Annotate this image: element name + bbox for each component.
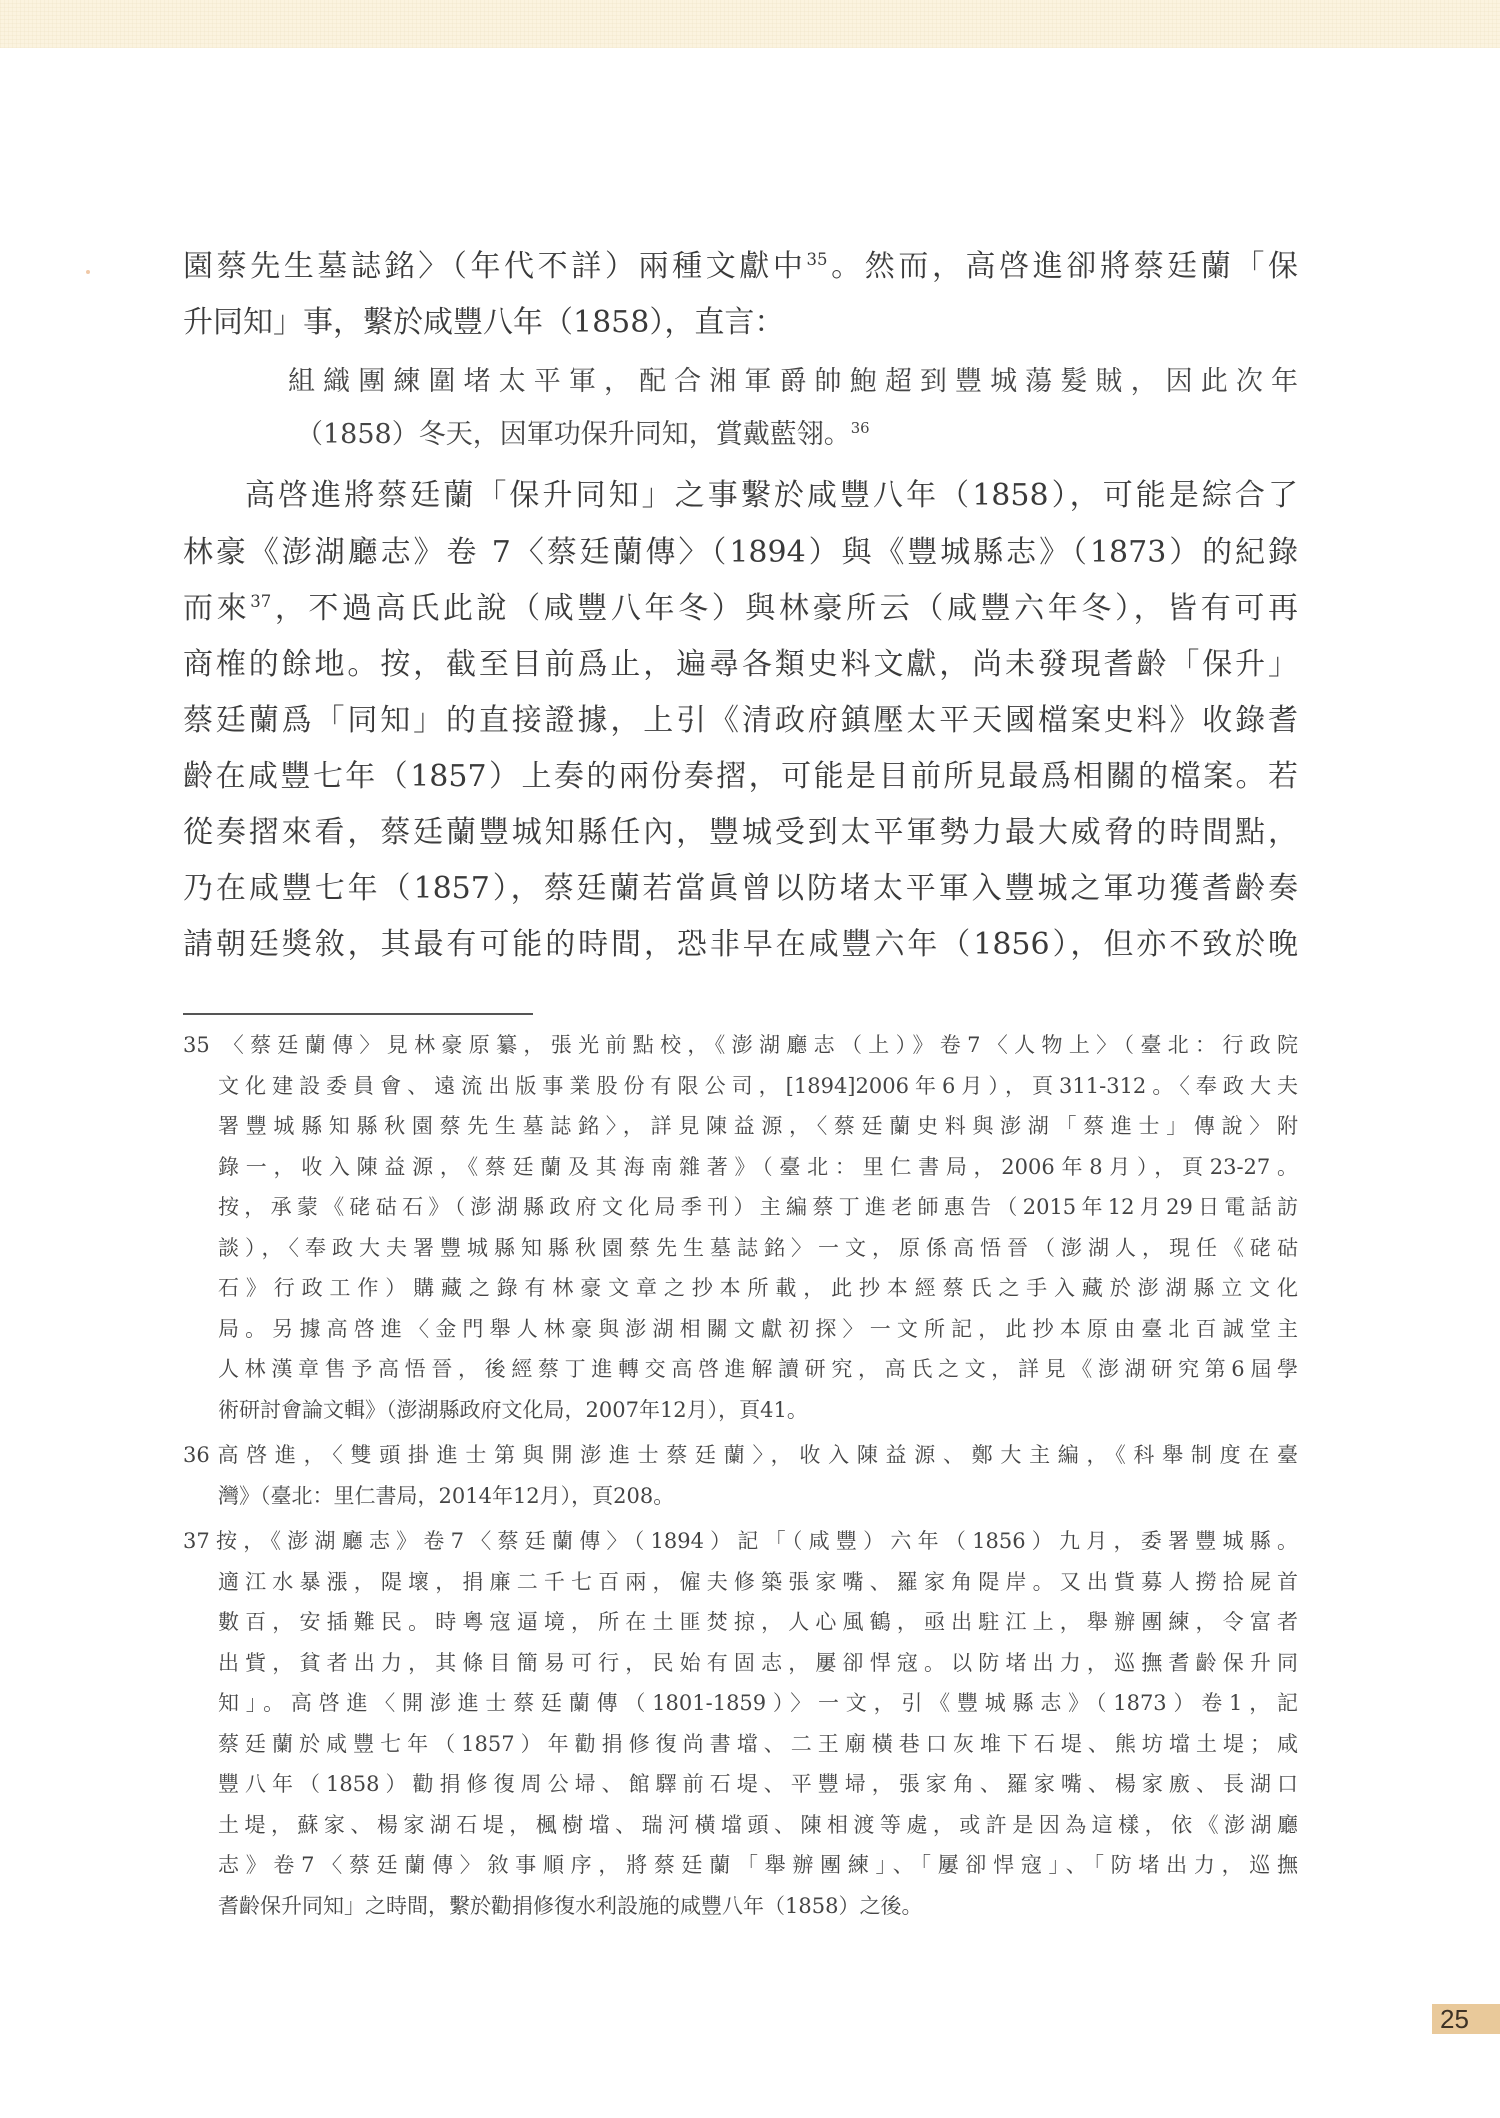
body-text: 乃在咸豐七年（1857），蔡廷蘭若當眞曾以防堵太平軍入豐城之軍功獲耆齡奏 — [183, 871, 1298, 906]
footnote-ref[interactable]: 35 — [807, 250, 828, 269]
body-text: 園蔡先生墓誌銘〉（年代不詳）兩種文獻中 — [183, 249, 807, 284]
quote-line: 組織團練圍堵太平軍，配合湘軍爵帥鮑超到豐城蕩髮賊，因此次年 — [288, 362, 1298, 402]
body-line: 商榷的餘地。按，截至目前爲止，遍尋各類史料文獻，尚未發現耆齡「保升」 — [183, 645, 1298, 685]
footnote-line: 適江水暴漲，隄壞，捐廉二千七百兩，僱夫修築張家嘴、羅家角隄岸。又出貲募人撈拾屍首 — [218, 1567, 1298, 1597]
footnote-line: 出貲，貧者出力，其條目簡易可行，民始有固志，屢卻悍寇。以防堵出力，巡撫耆齡保升同 — [218, 1648, 1298, 1678]
footnote-ref[interactable]: 37 — [250, 592, 271, 611]
margin-mark — [86, 270, 90, 274]
footnote-ref[interactable]: 36 — [851, 419, 870, 437]
quote-text: 組織團練圍堵太平軍，配合湘軍爵帥鮑超到豐城蕩髮賊，因此次年 — [288, 366, 1298, 397]
footnote-line: 署豐城縣知縣秋園蔡先生墓誌銘〉，詳見陳益源，〈蔡廷蘭史料與澎湖「蔡進士」傳說〉附 — [218, 1111, 1298, 1141]
footnote-text: 按，《澎湖廳志》卷7〈蔡廷蘭傳〉（1894）記「（咸豐）六年（1856）九月，委… — [210, 1529, 1298, 1553]
body-line: 乃在咸豐七年（1857），蔡廷蘭若當眞曾以防堵太平軍入豐城之軍功獲耆齡奏 — [183, 869, 1298, 909]
quote-line: （1858）冬天，因軍功保升同知，賞戴藍翎。36 — [296, 415, 1296, 455]
footnote-separator — [183, 1013, 533, 1015]
body-text: 。然而，高啓進卻將蔡廷蘭「保 — [828, 249, 1299, 284]
body-line: 園蔡先生墓誌銘〉（年代不詳）兩種文獻中35。然而，高啓進卻將蔡廷蘭「保 — [183, 247, 1298, 287]
body-line: 林豪《澎湖廳志》卷 7〈蔡廷蘭傳〉（1894）與《豐城縣志》（1873）的紀錄 — [183, 533, 1298, 573]
body-text: 齡在咸豐七年（1857）上奏的兩份奏摺，可能是目前所見最爲相關的檔案。若 — [183, 759, 1298, 794]
footnote-line: 術研討會論文輯》（澎湖縣政府文化局，2007年12月），頁41。 — [218, 1395, 1298, 1425]
body-line: 蔡廷蘭爲「同知」的直接證據，上引《清政府鎮壓太平天國檔案史料》收錄耆 — [183, 701, 1298, 741]
footnote-line: 灣》（臺北：里仁書局，2014年12月），頁208。 — [218, 1481, 1298, 1511]
body-text: 商榷的餘地。按，截至目前爲止，遍尋各類史料文獻，尚未發現耆齡「保升」 — [183, 647, 1298, 682]
body-line: 高啓進將蔡廷蘭「保升同知」之事繫於咸豐八年（1858），可能是綜合了 — [245, 476, 1298, 516]
footnote-line: 石》行政工作）購藏之錄有林豪文章之抄本所載，此抄本經蔡氏之手入藏於澎湖縣立文化 — [218, 1273, 1298, 1303]
quote-text: （1858）冬天，因軍功保升同知，賞戴藍翎。 — [296, 419, 851, 450]
footnote-number: 35 — [183, 1033, 210, 1057]
body-line: 而來37，不過高氏此說（咸豐八年冬）與林豪所云（咸豐六年冬），皆有可再 — [183, 589, 1298, 629]
footnote-line: 談），〈奉政大夫署豐城縣知縣秋園蔡先生墓誌銘〉一文，原係高悟晉（澎湖人，現任《硓… — [218, 1233, 1298, 1263]
footnote-number: 36 — [183, 1443, 210, 1467]
page-number: 25 — [1432, 2004, 1500, 2034]
footnote-line: 按，承蒙《硓𥑮石》（澎湖縣政府文化局季刊）主編蔡丁進老師惠告（2015年12月2… — [218, 1192, 1298, 1222]
footnote-line: 錄一，收入陳益源，《蔡廷蘭及其海南雜著》（臺北：里仁書局，2006年8月），頁2… — [218, 1152, 1298, 1182]
footnote-line: 人林漢章售予高悟晉，後經蔡丁進轉交高啓進解讀研究，高氏之文，詳見《澎湖研究第6屆… — [218, 1354, 1298, 1384]
footnote-line: 豐八年（1858）勸捐修復周公埽、館驛前石堤、平豐埽，張家角、羅家嘴、楊家廒、長… — [218, 1769, 1298, 1799]
body-text: 蔡廷蘭爲「同知」的直接證據，上引《清政府鎮壓太平天國檔案史料》收錄耆 — [183, 703, 1298, 738]
footnote-line: 文化建設委員會、遠流出版事業股份有限公司，[1894]2006年6月），頁311… — [218, 1071, 1298, 1101]
body-text: 升同知」事，繫於咸豐八年（1858），直言： — [183, 305, 784, 340]
footnote-line: 局。另據高啓進〈金門舉人林豪與澎湖相關文獻初探〉一文所記，此抄本原由臺北百誠堂主 — [218, 1314, 1298, 1344]
body-text: 而來 — [183, 591, 250, 626]
footnote-line: 志》卷7〈蔡廷蘭傳〉敘事順序，將蔡廷蘭「舉辦團練」、「屢卻悍寇」、「防堵出力，巡… — [218, 1850, 1298, 1880]
header-band — [0, 0, 1500, 48]
body-text: 林豪《澎湖廳志》卷 7〈蔡廷蘭傳〉（1894）與《豐城縣志》（1873）的紀錄 — [183, 535, 1298, 570]
body-text: 請朝廷獎敘，其最有可能的時間，恐非早在咸豐六年（1856），但亦不致於晚 — [183, 927, 1298, 962]
body-line: 升同知」事，繫於咸豐八年（1858），直言： — [183, 303, 1298, 343]
body-text: 從奏摺來看，蔡廷蘭豐城知縣任內，豐城受到太平軍勢力最大威脅的時間點， — [183, 815, 1298, 850]
footnote-text: 〈蔡廷蘭傳〉見林豪原纂，張光前點校，《澎湖廳志（上）》卷7〈人物上〉（臺北：行政… — [223, 1033, 1298, 1057]
body-text: 高啓進將蔡廷蘭「保升同知」之事繫於咸豐八年（1858），可能是綜合了 — [245, 478, 1298, 513]
body-line: 請朝廷獎敘，其最有可能的時間，恐非早在咸豐六年（1856），但亦不致於晚 — [183, 925, 1298, 965]
footnote-line: 數百，安插難民。時粵寇逼境，所在土匪焚掠，人心風鶴，亟出駐江上，舉辦團練，令富者 — [218, 1607, 1298, 1637]
body-text: ，不過高氏此說（咸豐八年冬）與林豪所云（咸豐六年冬），皆有可再 — [271, 591, 1298, 626]
footnote-37: 37按，《澎湖廳志》卷7〈蔡廷蘭傳〉（1894）記「（咸豐）六年（1856）九月… — [183, 1526, 1298, 1556]
footnote-36: 36高啓進，〈雙頭掛進士第與開澎進士蔡廷蘭〉，收入陳益源、鄭大主編，《科舉制度在… — [183, 1440, 1298, 1470]
footnote-line: 耆齡保升同知」之時間，繫於勸捐修復水利設施的咸豐八年（1858）之後。 — [218, 1891, 1298, 1921]
footnote-line: 蔡廷蘭於咸豐七年（1857）年勸捐修復尚書壋、二王廟橫巷口灰堆下石堤、熊坊壋土堤… — [218, 1729, 1298, 1759]
footnote-line: 土堤，蘇家、楊家湖石堤，楓樹壋、瑞河橫壋頭、陳相渡等處，或許是因為這樣，依《澎湖… — [218, 1810, 1298, 1840]
body-line: 齡在咸豐七年（1857）上奏的兩份奏摺，可能是目前所見最爲相關的檔案。若 — [183, 757, 1298, 797]
footnote-35: 35 〈蔡廷蘭傳〉見林豪原纂，張光前點校，《澎湖廳志（上）》卷7〈人物上〉（臺北… — [183, 1030, 1298, 1060]
footnote-number: 37 — [183, 1529, 210, 1553]
body-line: 從奏摺來看，蔡廷蘭豐城知縣任內，豐城受到太平軍勢力最大威脅的時間點， — [183, 813, 1298, 853]
footnote-line: 知」。高啓進〈開澎進士蔡廷蘭傳（1801-1859）〉一文，引《豐城縣志》（18… — [218, 1688, 1298, 1718]
footnote-text: 高啓進，〈雙頭掛進士第與開澎進士蔡廷蘭〉，收入陳益源、鄭大主編，《科舉制度在臺 — [210, 1443, 1298, 1467]
